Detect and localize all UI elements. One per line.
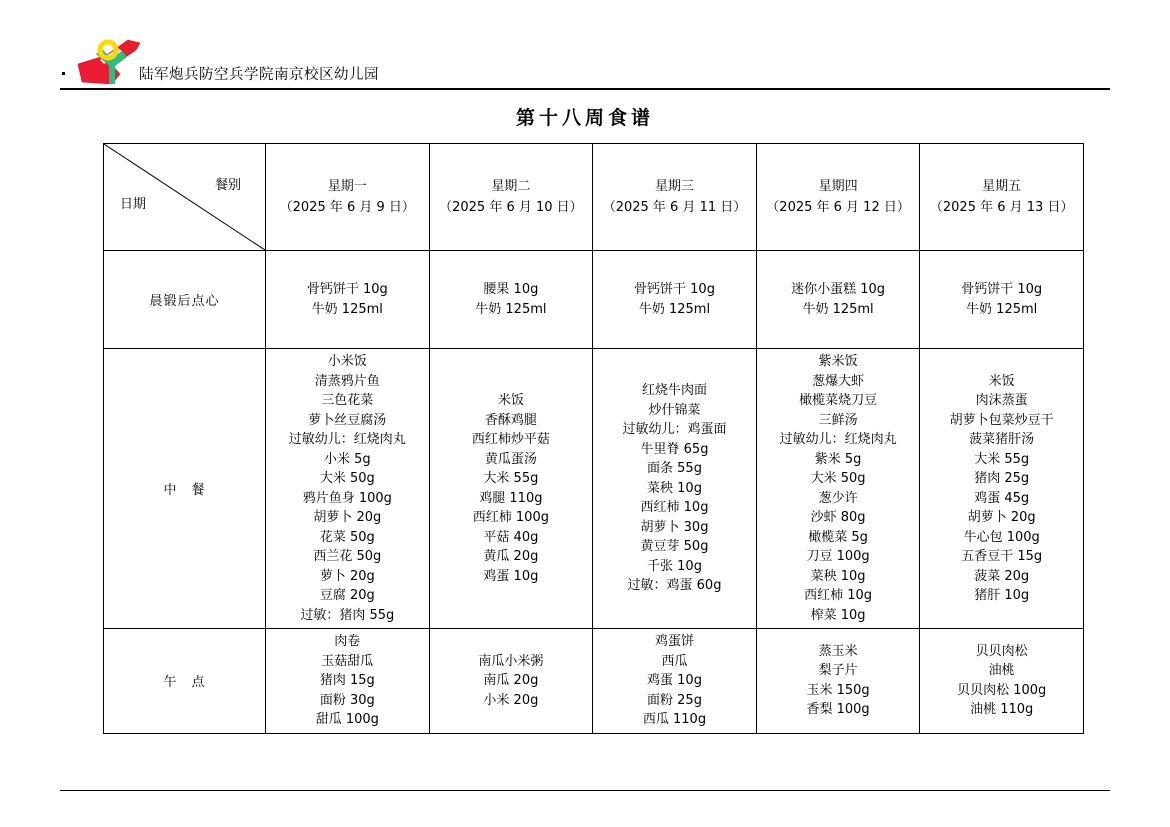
menu-cell: 腰果 10g 牛奶 125ml [429, 251, 593, 349]
menu-cell: 红烧牛肉面 炒什锦菜 过敏幼儿：鸡蛋面 牛里脊 65g 面条 55g 菜秧 10… [593, 349, 757, 629]
menu-cell: 米饭 香酥鸡腿 西红柿炒平菇 黄瓜蛋汤 大米 55g 鸡腿 110g 西红柿 1… [429, 349, 593, 629]
day-header-friday: 星期五 （2025 年 6 月 13 日） [920, 144, 1084, 251]
table-row-lunch: 中 餐 小米饭 清蒸鸦片鱼 三色花菜 萝卜丝豆腐汤 过敏幼儿：红烧肉丸 小米 5… [104, 349, 1084, 629]
menu-cell: 迷你小蛋糕 10g 牛奶 125ml [756, 251, 920, 349]
day-name: 星期四 [759, 176, 918, 197]
menu-cell: 米饭 肉沫蒸蛋 胡萝卜包菜炒豆干 菠菜猪肝汤 大米 55g 猪肉 25g 鸡蛋 … [920, 349, 1084, 629]
menu-cell: 骨钙饼干 10g 牛奶 125ml [920, 251, 1084, 349]
menu-cell: 南瓜小米粥 南瓜 20g 小米 20g [429, 629, 593, 734]
document-page: 陆军炮兵防空兵学院南京校区幼儿园 第十八周食谱 餐别 日期 星期一 （2025 … [0, 0, 1170, 827]
corner-cell: 餐别 日期 [104, 144, 266, 251]
menu-cell: 小米饭 清蒸鸦片鱼 三色花菜 萝卜丝豆腐汤 过敏幼儿：红烧肉丸 小米 5g 大米… [266, 349, 430, 629]
page-title: 第十八周食谱 [0, 103, 1170, 130]
row-label-morning-snack: 晨锻后点心 [104, 251, 266, 349]
menu-cell: 骨钙饼干 10g 牛奶 125ml [266, 251, 430, 349]
menu-cell: 蒸玉米 梨子片 玉米 150g 香梨 100g [756, 629, 920, 734]
menu-cell: 紫米饭 葱爆大虾 橄榄菜烧刀豆 三鲜汤 过敏幼儿：红烧肉丸 紫米 5g 大米 5… [756, 349, 920, 629]
day-header-monday: 星期一 （2025 年 6 月 9 日） [266, 144, 430, 251]
table-row-afternoon-snack: 午 点 肉卷 玉菇甜瓜 猪肉 15g 面粉 30g 甜瓜 100g 南瓜小米粥 … [104, 629, 1084, 734]
table-row-morning-snack: 晨锻后点心 骨钙饼干 10g 牛奶 125ml 腰果 10g 牛奶 125ml … [104, 251, 1084, 349]
header-divider [60, 88, 1110, 90]
day-date: （2025 年 6 月 12 日） [759, 197, 918, 218]
day-header-thursday: 星期四 （2025 年 6 月 12 日） [756, 144, 920, 251]
day-date: （2025 年 6 月 11 日） [595, 197, 754, 218]
footer-divider [60, 790, 1110, 791]
day-name: 星期一 [268, 176, 427, 197]
menu-cell: 贝贝肉松 油桃 贝贝肉松 100g 油桃 110g [920, 629, 1084, 734]
corner-label-date: 日期 [120, 193, 146, 212]
day-header-tuesday: 星期二 （2025 年 6 月 10 日） [429, 144, 593, 251]
day-date: （2025 年 6 月 9 日） [268, 197, 427, 218]
row-label-afternoon-snack: 午 点 [104, 629, 266, 734]
menu-cell: 骨钙饼干 10g 牛奶 125ml [593, 251, 757, 349]
menu-cell: 肉卷 玉菇甜瓜 猪肉 15g 面粉 30g 甜瓜 100g [266, 629, 430, 734]
day-name: 星期五 [922, 176, 1081, 197]
menu-table: 餐别 日期 星期一 （2025 年 6 月 9 日） 星期二 （2025 年 6… [103, 143, 1084, 734]
day-name: 星期三 [595, 176, 754, 197]
kindergarten-logo-icon [74, 34, 144, 86]
day-date: （2025 年 6 月 10 日） [432, 197, 591, 218]
row-label-lunch: 中 餐 [104, 349, 266, 629]
day-name: 星期二 [432, 176, 591, 197]
table-header-row: 餐别 日期 星期一 （2025 年 6 月 9 日） 星期二 （2025 年 6… [104, 144, 1084, 251]
school-name: 陆军炮兵防空兵学院南京校区幼儿园 [139, 63, 379, 84]
header-dot [62, 72, 65, 75]
menu-cell: 鸡蛋饼 西瓜 鸡蛋 10g 面粉 25g 西瓜 110g [593, 629, 757, 734]
day-header-wednesday: 星期三 （2025 年 6 月 11 日） [593, 144, 757, 251]
corner-label-meal: 餐别 [215, 174, 241, 193]
day-date: （2025 年 6 月 13 日） [922, 197, 1081, 218]
